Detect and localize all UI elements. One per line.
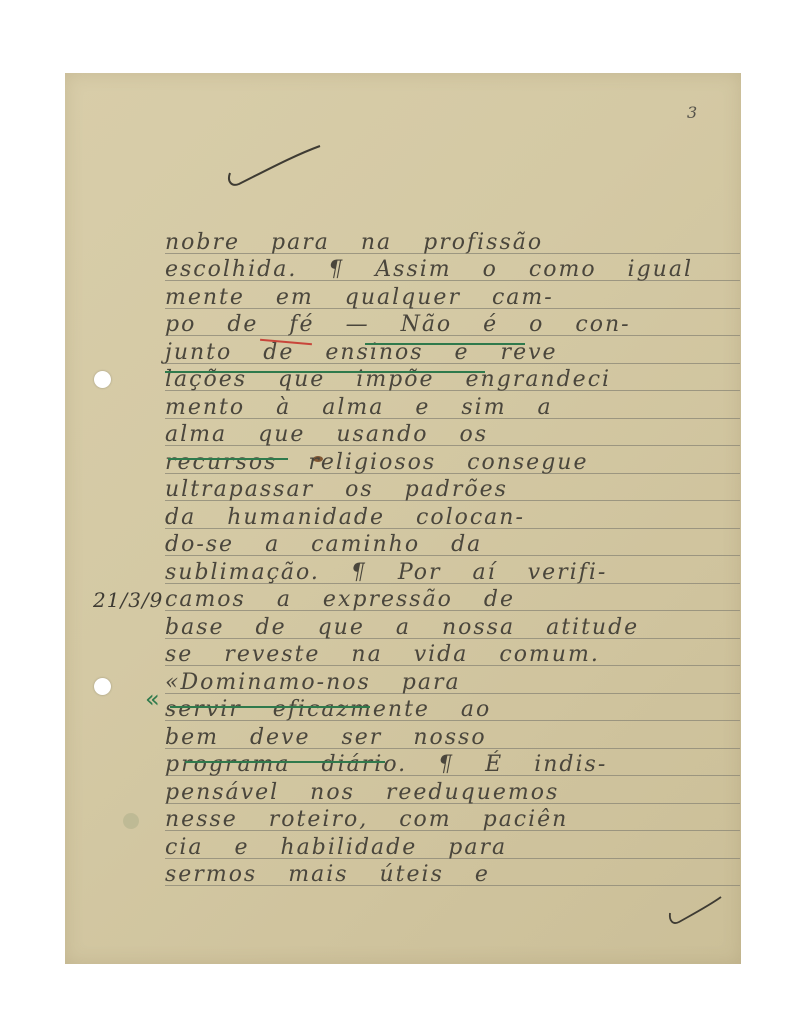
page-number: 3 (687, 103, 697, 122)
text-line: da humanidade colocan- (165, 504, 735, 532)
foxing-mark (123, 813, 139, 829)
text-line: sublimação. ¶ Por aí verifi- (165, 559, 735, 587)
green-underline-mark (185, 761, 385, 763)
margin-date: 21/3/9 (93, 588, 163, 612)
text-line: pensável nos reeduquemos (165, 779, 735, 807)
text-line: «Dominamo-nos para (165, 669, 735, 697)
text-line: base de que a nossa atitude (165, 614, 735, 642)
checkmark-bottom-icon (665, 893, 725, 933)
punch-hole-bottom (94, 678, 111, 695)
text-line: bem deve ser nosso (165, 724, 735, 752)
text-line: se reveste na vida comum. (165, 641, 735, 669)
text-line: escolhida. ¶ Assim o como igual (165, 256, 735, 284)
manuscript-page: 3 21/3/9 nobre para na profissão escolhi… (65, 73, 741, 964)
text-line: po de fé — Não é o con- (165, 311, 735, 339)
punch-hole-top (94, 371, 111, 388)
text-line: camos a expressão de (165, 586, 735, 614)
text-line: ultrapassar os padrões (165, 476, 735, 504)
text-line: servir eficazmente ao (165, 696, 735, 724)
green-underline-mark (365, 343, 525, 345)
text-line: cia e habilidade para (165, 834, 735, 862)
text-line: recursos religiosos consegue (165, 449, 735, 477)
text-line: mente em qualquer cam- (165, 284, 735, 312)
text-line: sermos mais úteis e (165, 861, 735, 889)
text-line: mento à alma e sim a (165, 394, 735, 422)
text-line: alma que usando os (165, 421, 735, 449)
text-line: nesse roteiro, com paciên (165, 806, 735, 834)
text-line: do-se a caminho da (165, 531, 735, 559)
green-underline-mark (168, 458, 288, 460)
checkmark-top-icon (225, 141, 325, 191)
text-line: programa diário. ¶ É indis- (165, 751, 735, 779)
green-underline-mark (170, 706, 370, 708)
text-line: nobre para na profissão (165, 229, 735, 257)
green-chevron-mark-icon: « (145, 685, 160, 713)
green-underline-mark (165, 371, 485, 373)
